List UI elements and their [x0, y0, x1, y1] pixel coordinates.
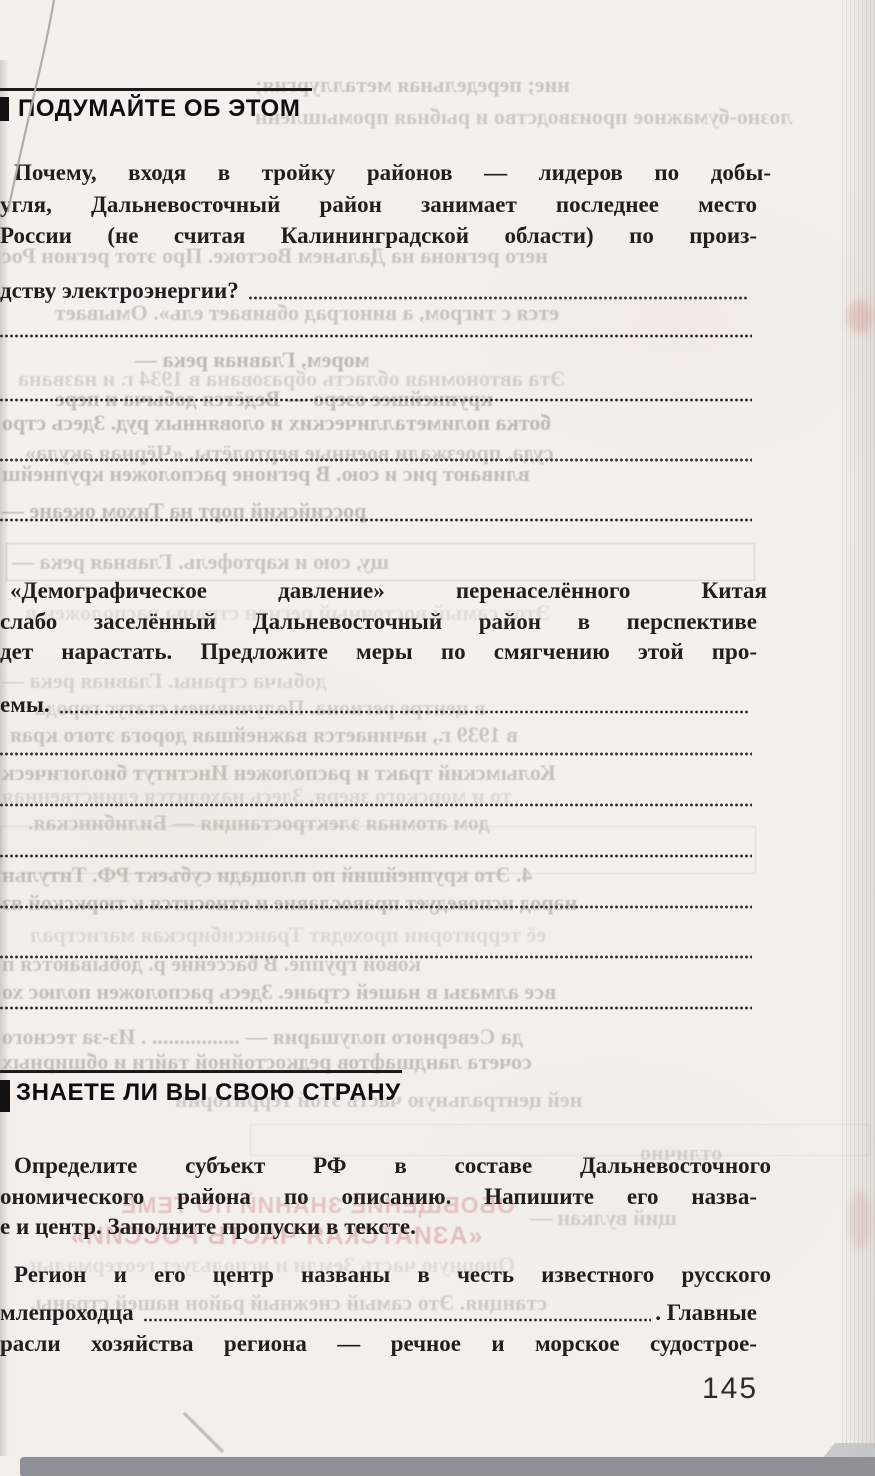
edge-stain-pink [847, 300, 873, 334]
answer-dotted-line [0, 752, 752, 756]
bleedthrough-text: да Северного полушария — ...............… [2, 1024, 523, 1049]
bleedthrough-box [0, 826, 756, 874]
bleedthrough-text: в 1939 г., начинается важнейшая дорога э… [10, 722, 518, 747]
answer-dotted-line [0, 334, 752, 338]
region-description-line: млепроходца. Главные [0, 1298, 757, 1328]
think-question-1-line: угля, Дальневосточный район занимает пос… [0, 190, 757, 220]
bleedthrough-text: Колымский тракт и расположен Институт би… [2, 760, 556, 785]
think-question-2-line: емы. [0, 690, 752, 720]
answer-dotted-line [0, 803, 752, 807]
think-question-1-line: России (не считая Калининградской област… [0, 221, 757, 251]
section-heading-know: ЗНАЕТЕ ЛИ ВЫ СВОЮ СТРАНУ [16, 1079, 401, 1107]
bleedthrough-text: лозно-бумажное производство и рыбная про… [255, 104, 793, 129]
answer-dotted-line [0, 854, 752, 858]
heading-bullet-1 [0, 97, 9, 121]
think-question-2-line: «Демографическое давление» перенаселённо… [0, 576, 767, 606]
line-tail-text: . Главные [655, 1298, 757, 1328]
think-question-1-line: дству электроэнергии? [0, 276, 752, 306]
page-number: 145 [702, 1372, 758, 1406]
scan-bottom-strip [20, 1457, 875, 1476]
bleedthrough-text: народ исповедует православие и относится… [2, 890, 577, 915]
heading-bullet-2 [0, 1080, 10, 1112]
bleedthrough-text: ботка полиметаллических и оловянных руд.… [2, 410, 551, 435]
bleedthrough-text: вливают рис и сою. В регионе расположен … [2, 461, 530, 486]
answer-dotted-line [0, 905, 752, 909]
answer-dotted-fill [249, 296, 748, 300]
answer-dotted-line [0, 955, 752, 959]
scanned-workbook-page: ние; передельная металлургия;лозно-бумаж… [0, 0, 875, 1476]
think-question-2-line: дет нарастать. Предложите меры по смягче… [0, 637, 757, 667]
left-fold-shadow [0, 60, 9, 1456]
line-text: емы. [0, 690, 50, 720]
page-corner-wedge [823, 1443, 875, 1458]
answer-dotted-line [0, 458, 752, 462]
think-question-1-line: Почему, входя в тройку районов — лидеров… [0, 158, 771, 188]
line-text: дству электроэнергии? [0, 276, 239, 306]
know-task-line: е и центр. Заполните пропуски в тексте. [0, 1212, 757, 1242]
bleedthrough-text: все алмазы в нашей стране. Здесь располо… [2, 979, 556, 1004]
section-heading-think: ПОДУМАЙТЕ ОБ ЭТОМ [18, 95, 300, 123]
scratch-mark [185, 1414, 222, 1451]
answer-dotted-line [0, 518, 752, 522]
region-description-line: Регион и его центр названы в честь извес… [0, 1260, 771, 1290]
think-question-2-line: слабо заселённый Дальневосточный район в… [0, 607, 757, 637]
line-text: млепроходца [0, 1298, 134, 1328]
know-task-line: ономического района по описанию. Напишит… [0, 1182, 757, 1212]
heading-overline-2 [0, 1070, 402, 1073]
answer-dotted-line [0, 398, 752, 402]
bleedthrough-text: ние; передельная металлургия; [255, 72, 570, 97]
edge-stain-pink-2 [849, 1190, 871, 1250]
answer-dotted-fill [144, 1318, 652, 1322]
heading-overline-1 [0, 88, 312, 91]
answer-dotted-fill [60, 710, 748, 714]
bleedthrough-text: её территории проходят Транссибирская ма… [30, 922, 546, 947]
know-task-line: Определите субъект РФ в составе Дальнево… [0, 1151, 771, 1181]
answer-dotted-line [0, 1006, 752, 1010]
region-description-line: расли хозяйства региона — речное и морск… [0, 1329, 757, 1359]
